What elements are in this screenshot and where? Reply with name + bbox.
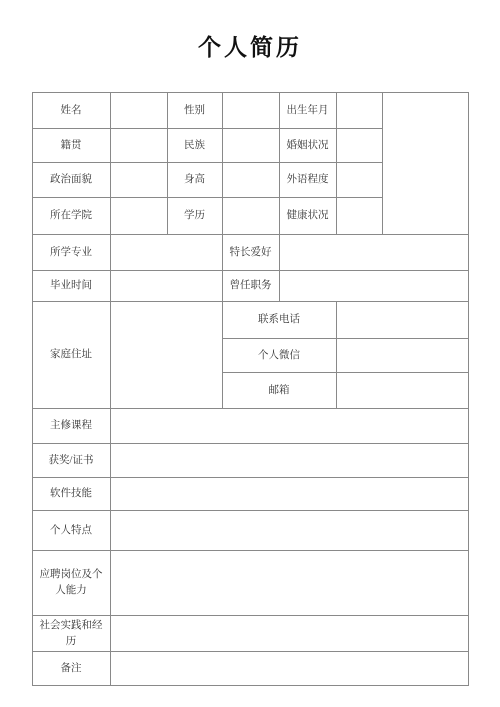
field-marital-status[interactable]	[336, 129, 382, 163]
field-phone[interactable]	[336, 302, 468, 339]
field-hobbies[interactable]	[279, 235, 468, 271]
label-remarks: 备注	[32, 652, 110, 686]
row-awards: 获奖/证书	[32, 444, 468, 478]
row-contact-phone: 家庭住址 联系电话	[32, 302, 468, 339]
field-awards-certificates[interactable]	[110, 444, 468, 478]
row-remarks: 备注	[32, 652, 468, 686]
label-social-practice: 社会实践和经历	[32, 616, 110, 652]
field-remarks[interactable]	[110, 652, 468, 686]
field-education[interactable]	[222, 198, 279, 235]
row-personal-traits: 个人特点	[32, 511, 468, 551]
field-gender[interactable]	[222, 93, 279, 129]
row-position-ability: 应聘岗位及个人能力	[32, 551, 468, 616]
label-birth-date: 出生年月	[279, 93, 336, 129]
row-major: 所学专业 特长爱好	[32, 235, 468, 271]
field-graduation-date[interactable]	[110, 271, 222, 302]
row-main-courses: 主修课程	[32, 409, 468, 444]
label-hobbies: 特长爱好	[222, 235, 279, 271]
field-social-practice[interactable]	[110, 616, 468, 652]
label-health: 健康状况	[279, 198, 336, 235]
label-former-positions: 曾任职务	[222, 271, 279, 302]
label-name: 姓名	[32, 93, 110, 129]
label-marital-status: 婚姻状况	[279, 129, 336, 163]
field-foreign-language[interactable]	[336, 163, 382, 198]
label-home-address: 家庭住址	[32, 302, 110, 409]
label-personal-traits: 个人特点	[32, 511, 110, 551]
field-home-address[interactable]	[110, 302, 222, 409]
label-gender: 性别	[167, 93, 222, 129]
resume-table: 姓名 性别 出生年月 籍贯 民族 婚姻状况 政治面貌 身高 外语程度 所在学院 …	[32, 92, 469, 686]
field-wechat[interactable]	[336, 339, 468, 373]
label-height: 身高	[167, 163, 222, 198]
field-native-place[interactable]	[110, 129, 167, 163]
label-political-status: 政治面貌	[32, 163, 110, 198]
field-email[interactable]	[336, 373, 468, 409]
label-education: 学历	[167, 198, 222, 235]
label-graduation-date: 毕业时间	[32, 271, 110, 302]
row-social-practice: 社会实践和经历	[32, 616, 468, 652]
field-software-skills[interactable]	[110, 478, 468, 511]
label-phone: 联系电话	[222, 302, 336, 339]
page-title: 个人简历	[0, 34, 500, 60]
field-personal-traits[interactable]	[110, 511, 468, 551]
field-height[interactable]	[222, 163, 279, 198]
label-email: 邮箱	[222, 373, 336, 409]
label-awards-certificates: 获奖/证书	[32, 444, 110, 478]
label-major: 所学专业	[32, 235, 110, 271]
label-wechat: 个人微信	[222, 339, 336, 373]
field-position-and-ability[interactable]	[110, 551, 468, 616]
row-software-skills: 软件技能	[32, 478, 468, 511]
label-position-and-ability: 应聘岗位及个人能力	[32, 551, 110, 616]
label-college: 所在学院	[32, 198, 110, 235]
label-software-skills: 软件技能	[32, 478, 110, 511]
field-ethnicity[interactable]	[222, 129, 279, 163]
field-birth-date[interactable]	[336, 93, 382, 129]
field-name[interactable]	[110, 93, 167, 129]
label-foreign-language: 外语程度	[279, 163, 336, 198]
label-native-place: 籍贯	[32, 129, 110, 163]
field-health[interactable]	[336, 198, 382, 235]
field-major[interactable]	[110, 235, 222, 271]
row-graduation: 毕业时间 曾任职务	[32, 271, 468, 302]
label-ethnicity: 民族	[167, 129, 222, 163]
label-main-courses: 主修课程	[32, 409, 110, 444]
row-basic-1: 姓名 性别 出生年月	[32, 93, 468, 129]
field-main-courses[interactable]	[110, 409, 468, 444]
field-political-status[interactable]	[110, 163, 167, 198]
photo-cell[interactable]	[382, 93, 468, 235]
field-former-positions[interactable]	[279, 271, 468, 302]
field-college[interactable]	[110, 198, 167, 235]
